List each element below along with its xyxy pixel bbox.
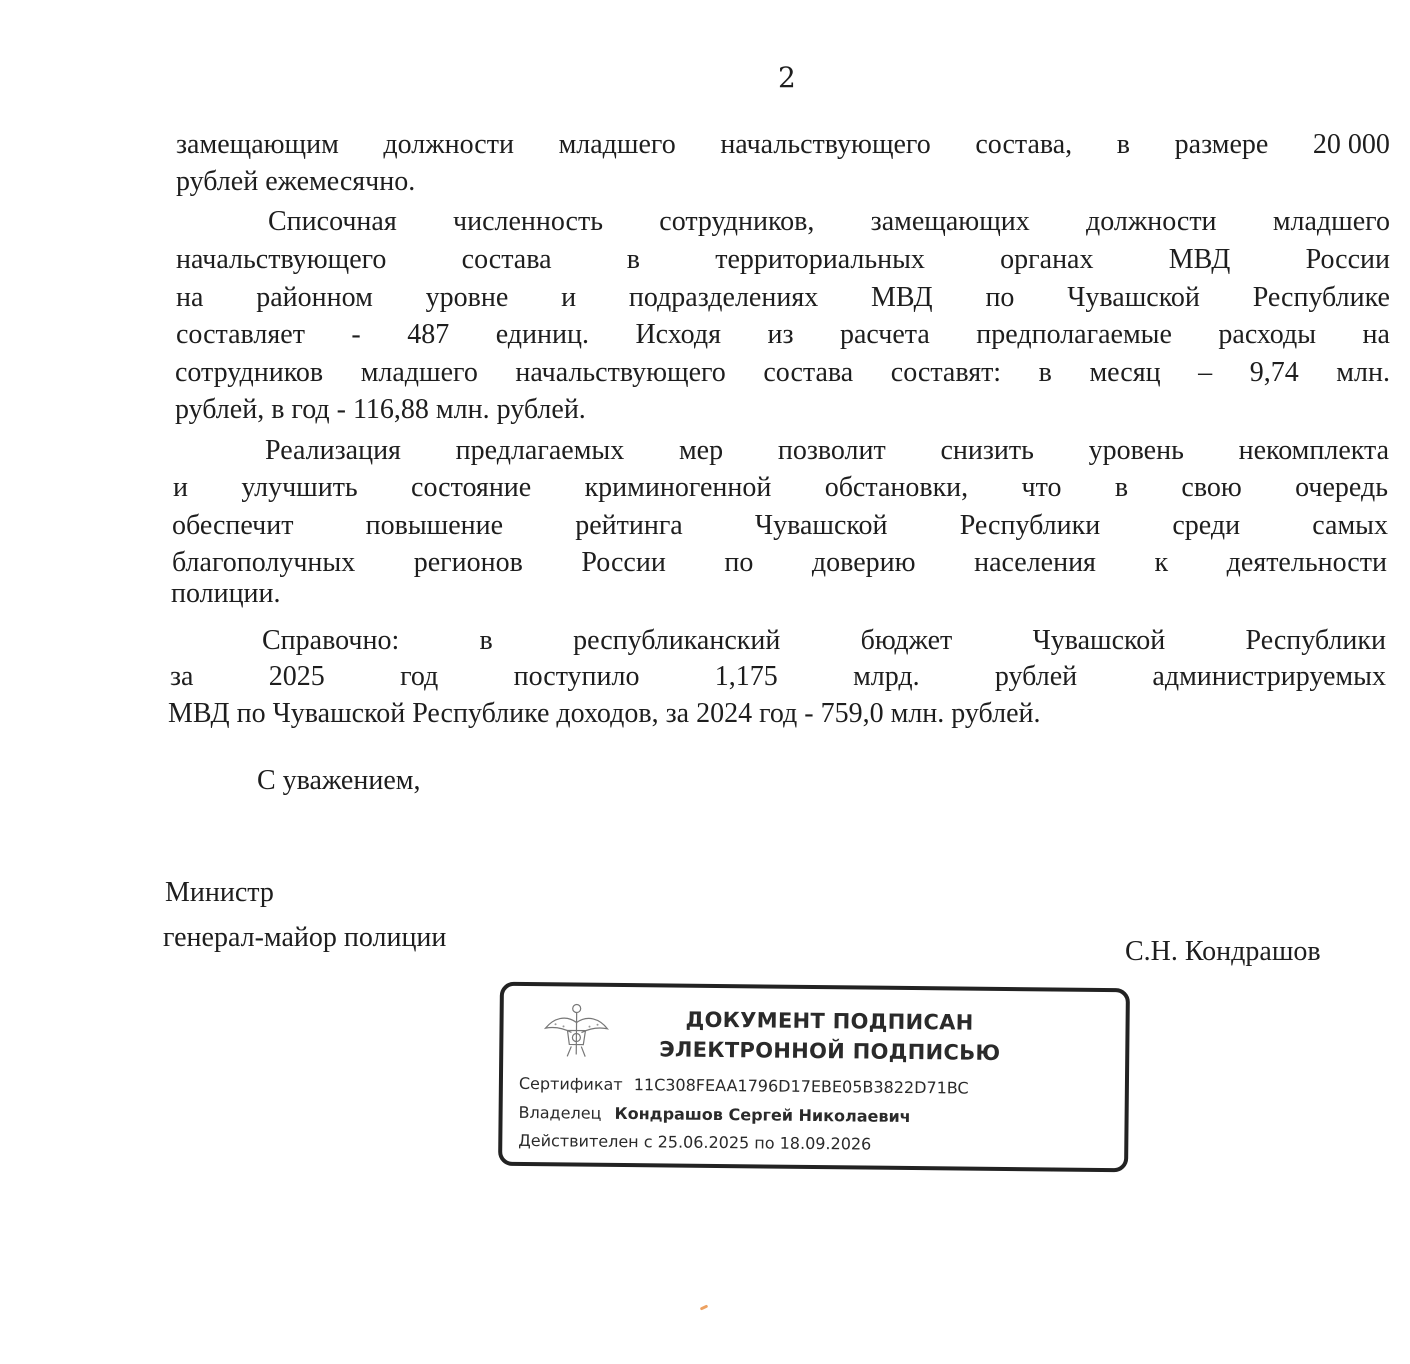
text-line: Справочно:вреспубликанскийбюджетЧувашско…: [262, 624, 1386, 658]
text-line: С уважением,: [257, 764, 420, 798]
signer-name: С.Н. Кондрашов: [1125, 935, 1321, 969]
text-line: замещающимдолжностимладшегоначальствующе…: [176, 128, 1390, 162]
signer-position: Министр: [165, 876, 274, 910]
text-line: рублей ежемесячно.: [176, 165, 415, 199]
text-line: МВД по Чувашской Республике доходов, за …: [168, 697, 1040, 731]
text-line: составляет-487единиц.Исходяизрасчетапред…: [176, 318, 1390, 352]
certificate-value: 11C308FEAA1796D17EBE05B3822D71BC: [634, 1075, 969, 1098]
owner-label: Владелец: [519, 1103, 602, 1123]
text-line: Реализацияпредлагаемыхмерпозволитснизить…: [265, 434, 1389, 468]
text-line: полиции.: [171, 577, 281, 611]
text-line: нарайонномуровнеиподразделенияхМВДпоЧува…: [176, 281, 1390, 315]
electronic-signature-stamp: ДОКУМЕНТ ПОДПИСАН ЭЛЕКТРОННОЙ ПОДПИСЬЮ С…: [498, 982, 1130, 1173]
stamp-validity: Действителен с 25.06.2025 по 18.09.2026: [518, 1131, 871, 1154]
signer-rank: генерал-майор полиции: [163, 921, 446, 955]
stamp-owner: Владелец Кондрашов Сергей Николаевич: [519, 1103, 911, 1126]
text-line: благополучныхрегионовРоссииподовериюнасе…: [172, 546, 1387, 580]
text-line: Списочнаячисленностьсотрудников,замещающ…: [268, 205, 1390, 239]
page-number: 2: [778, 62, 796, 94]
text-line: начальствующегосостававтерриториальныхор…: [176, 243, 1390, 277]
stamp-title-line2: ЭЛЕКТРОННОЙ ПОДПИСЬЮ: [659, 1037, 1000, 1065]
scan-mark: [700, 1304, 709, 1310]
text-line: рублей, в год - 116,88 млн. рублей.: [175, 393, 586, 427]
emblem-icon: [543, 996, 610, 1063]
text-line: иулучшитьсостояниекриминогеннойобстановк…: [173, 471, 1388, 505]
owner-value: Кондрашов Сергей Николаевич: [614, 1104, 910, 1126]
text-line: за2025годпоступило1,175млрд.рублейадмини…: [170, 660, 1386, 694]
stamp-title-line1: ДОКУМЕНТ ПОДПИСАН: [685, 1008, 973, 1035]
text-line: обеспечитповышениерейтингаЧувашскойРеспу…: [172, 509, 1388, 543]
text-line: сотрудниковмладшегоначальствующегосостав…: [175, 356, 1390, 390]
certificate-label: Сертификат: [519, 1074, 623, 1094]
stamp-certificate: Сертификат 11C308FEAA1796D17EBE05B3822D7…: [519, 1074, 969, 1098]
